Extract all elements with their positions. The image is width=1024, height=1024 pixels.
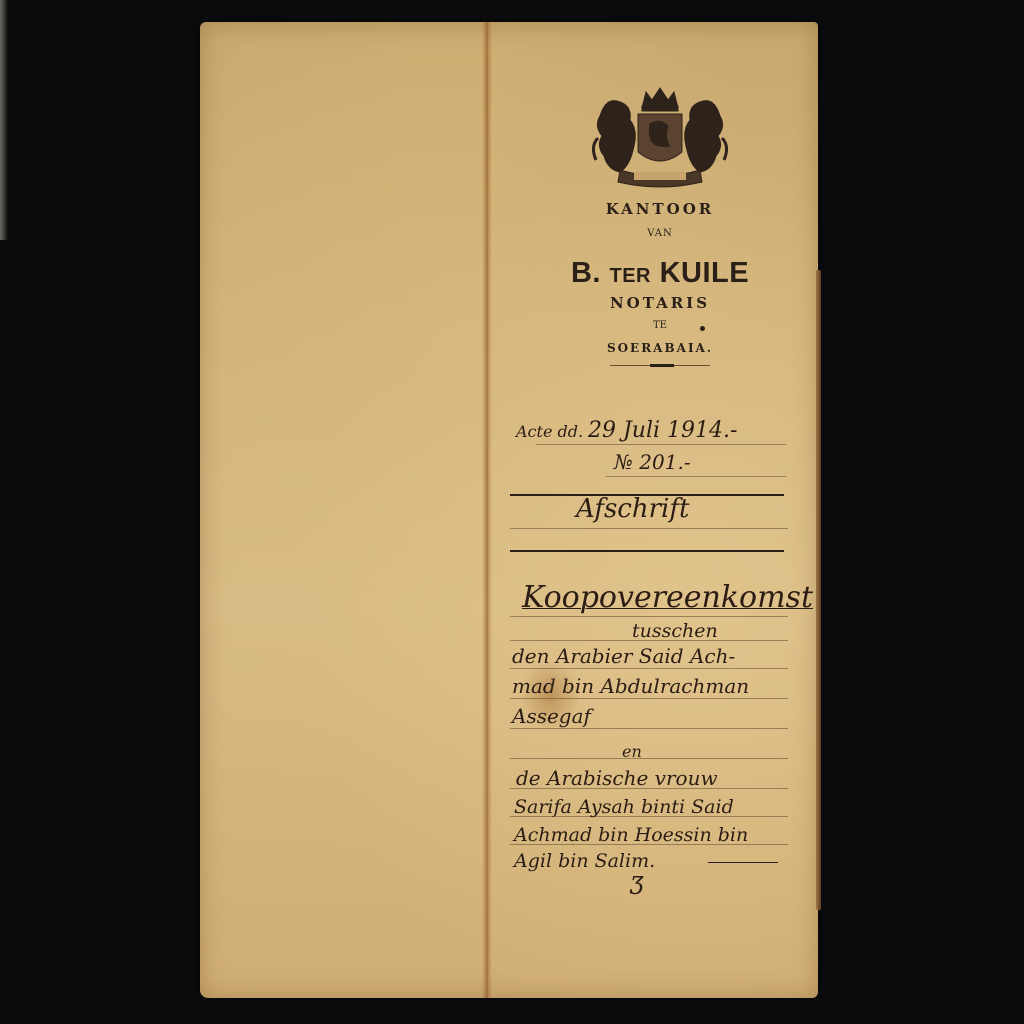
copy-type: Afschrift bbox=[576, 494, 689, 524]
thick-rule bbox=[510, 550, 784, 552]
of-label: VAN bbox=[540, 228, 780, 239]
deed-title: Koopovereenkomst bbox=[522, 580, 813, 615]
ruled-line bbox=[510, 698, 788, 699]
ruled-line bbox=[510, 616, 788, 617]
deed-line: Agil bin Salim. bbox=[514, 850, 655, 872]
deed-line: Sarifa Aysah binti Said bbox=[514, 796, 734, 818]
act-number: № 201.- bbox=[614, 450, 691, 474]
ruled-line bbox=[510, 728, 788, 729]
coat-of-arms-icon bbox=[590, 86, 730, 190]
ruled-line bbox=[510, 528, 788, 529]
deed-line: Assegaf bbox=[512, 704, 591, 728]
ruled-line bbox=[510, 668, 788, 669]
notary-title: NOTARIS bbox=[540, 294, 780, 312]
notary-surname: KUILE bbox=[660, 257, 750, 289]
closing-dash bbox=[708, 862, 778, 863]
ruled-line bbox=[510, 758, 788, 759]
act-label: Acte dd. bbox=[516, 422, 583, 441]
adjacent-object-edge bbox=[0, 0, 8, 240]
deed-line: de Arabische vrouw bbox=[516, 766, 718, 790]
ruled-line bbox=[606, 476, 786, 477]
inner-sheet-edge bbox=[816, 270, 821, 910]
deed-line: den Arabier Said Ach- bbox=[512, 644, 735, 668]
notary-initial: B. bbox=[571, 257, 601, 289]
paraph-signature: Ʒ bbox=[630, 872, 644, 900]
at-label: TE bbox=[653, 320, 667, 331]
deed-line: tusschen bbox=[632, 620, 718, 642]
letterhead: KANTOOR VAN B. TER KUILE NOTARIS TE SOER… bbox=[540, 86, 780, 366]
notary-name: B. TER KUILE bbox=[540, 257, 780, 290]
deed-line: mad bin Abdulrachman bbox=[512, 674, 749, 698]
location-preposition: TE bbox=[540, 320, 780, 331]
ruled-line bbox=[536, 444, 786, 445]
notary-particle: TER bbox=[610, 265, 652, 287]
deed-line: en bbox=[622, 742, 642, 761]
deed-line: Achmad bin Hoessin bin bbox=[514, 824, 748, 846]
act-date: 29 Juli 1914.- bbox=[588, 418, 737, 443]
office-label: KANTOOR bbox=[540, 200, 780, 218]
ornamental-rule bbox=[610, 365, 710, 366]
city-label: SOERABAIA. bbox=[540, 341, 780, 355]
page-fold-crease bbox=[482, 22, 492, 998]
ink-dot bbox=[700, 326, 705, 331]
